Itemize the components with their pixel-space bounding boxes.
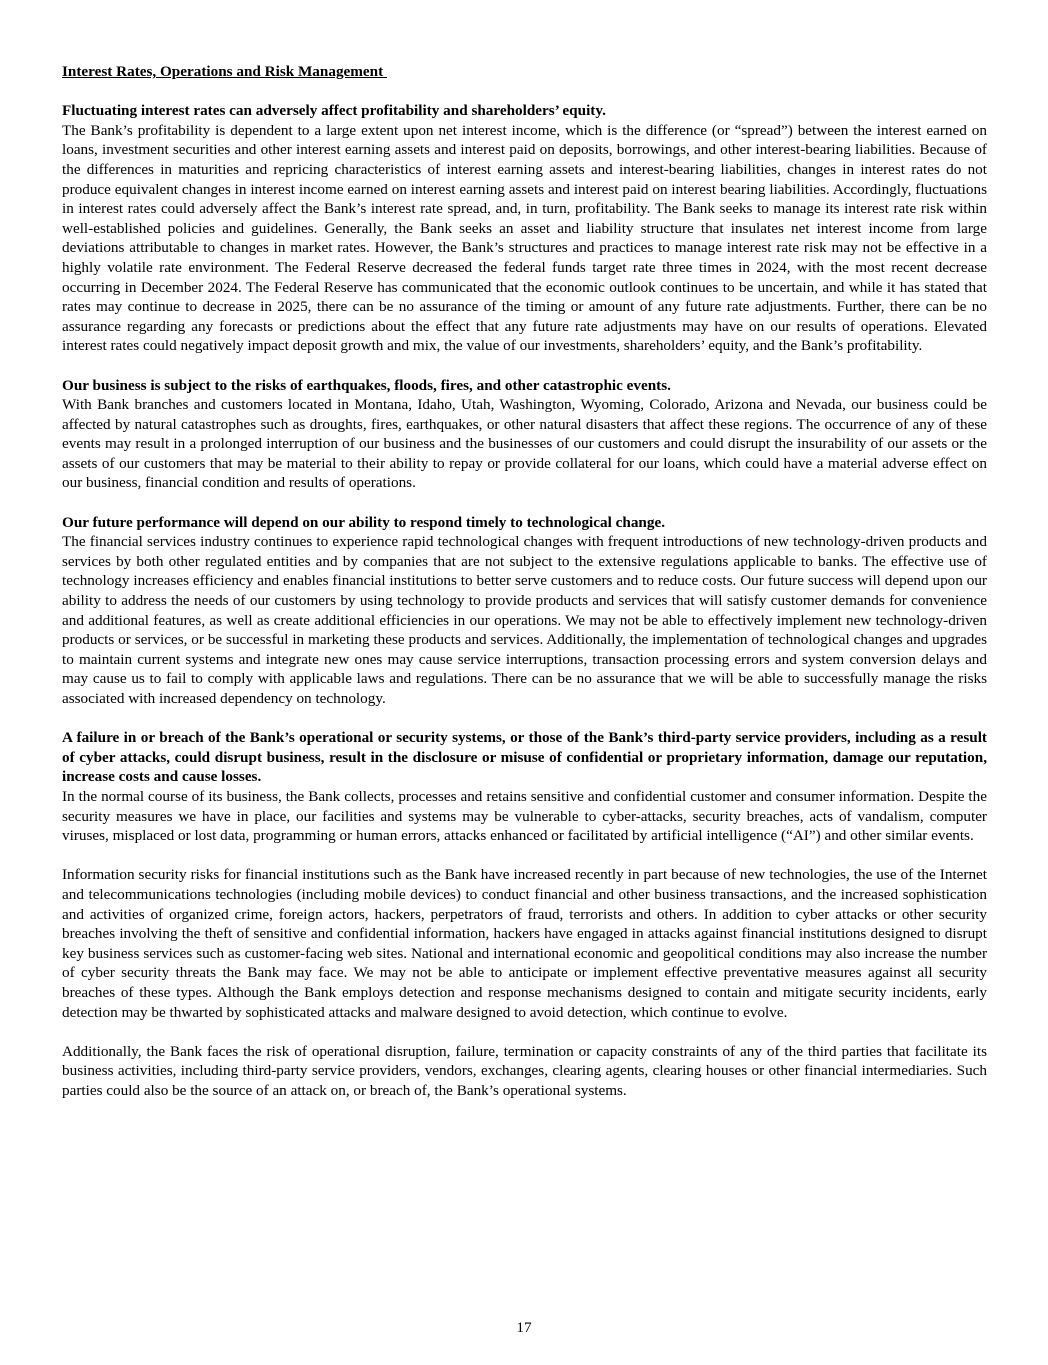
risk-heading: Fluctuating interest rates can adversely… (62, 101, 987, 121)
risk-paragraph: The Bank’s profitability is dependent to… (62, 121, 987, 356)
risk-paragraph: The financial services industry continue… (62, 532, 987, 708)
page-number: 17 (0, 1318, 1048, 1338)
risk-paragraph: With Bank branches and customers located… (62, 395, 987, 493)
risk-factor-interest-rates: Fluctuating interest rates can adversely… (62, 101, 987, 356)
risk-factor-catastrophic-events: Our business is subject to the risks of … (62, 376, 987, 494)
risk-paragraph: Additionally, the Bank faces the risk of… (62, 1042, 987, 1101)
document-page: Interest Rates, Operations and Risk Mana… (62, 62, 987, 1100)
risk-factor-technological-change: Our future performance will depend on ou… (62, 513, 987, 709)
risk-paragraph: Information security risks for financial… (62, 865, 987, 1022)
section-title: Interest Rates, Operations and Risk Mana… (62, 62, 987, 82)
risk-heading: Our future performance will depend on ou… (62, 513, 987, 533)
risk-heading: A failure in or breach of the Bank’s ope… (62, 728, 987, 787)
risk-heading: Our business is subject to the risks of … (62, 376, 987, 396)
risk-factor-security-systems: A failure in or breach of the Bank’s ope… (62, 728, 987, 1100)
risk-paragraph: In the normal course of its business, th… (62, 787, 987, 846)
